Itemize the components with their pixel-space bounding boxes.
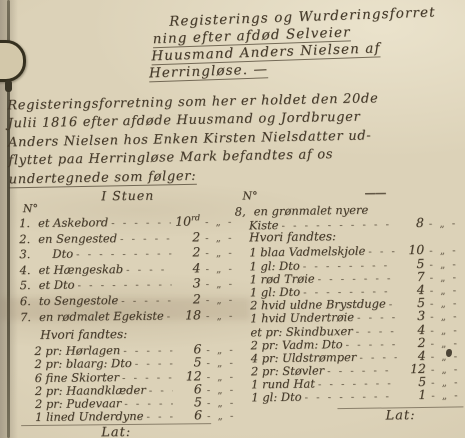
table-row: 4. et Hængeskab - - - - - - - - - - - - …	[19, 260, 237, 278]
left-sub-rows: 2 pr: Hørlagen - - - - - - - - - - - - -…	[20, 341, 239, 422]
right-item8: 8, en grønmalet nyere Kiste - - - - - - …	[235, 201, 461, 231]
right-sub-rows: 1 blaa Vadmelskjole - - - - - - - - - - …	[235, 242, 463, 403]
section-header-stuen: I Stuen	[19, 187, 237, 205]
table-row: 3. Dto - - - - - - - - - - - - - - - - -…	[19, 244, 237, 262]
left-latus-footer: Lat:	[21, 423, 211, 438]
scanned-document-page: Registerings og Wurderingsforret ning ef…	[0, 0, 465, 438]
inventory-column-left: I Stuen N° 1. et Askebord - - - - - - - …	[19, 187, 240, 438]
binding-clasp	[0, 40, 26, 82]
table-row: 1 blaa Vadmelskjole - - - - - - - - - - …	[235, 242, 461, 258]
intro-paragraph: Registeringsforretning som her er holdet…	[7, 89, 463, 190]
document-title: Registerings og Wurderingsforret ning ef…	[147, 4, 461, 83]
table-row: 1. et Askebord - - - - - - - - - - - - -…	[19, 213, 237, 231]
header-dash-mark: ——	[364, 185, 385, 199]
table-row: 2. en Sengested - - - - - - - - - - - - …	[19, 228, 237, 246]
table-row: 2 pr: Hørlagen - - - - - - - - - - - - -…	[20, 341, 238, 356]
left-no-header: N°	[23, 202, 38, 215]
right-no-header: N°	[242, 189, 257, 202]
binding-clasp-nub	[5, 80, 12, 92]
table-row: 5. et Dto - - - - - - - - - - - - - - - …	[20, 275, 238, 293]
table-row: 6. to Sengestole - - - - - - - - - - - -…	[20, 291, 238, 309]
table-row: 7. en rødmalet Egekiste - - - - - - - - …	[20, 306, 238, 324]
right-latus-footer: Lat:	[337, 406, 463, 424]
inventory-column-right: N° —— 8, en grønmalet nyere Kiste - - - …	[234, 182, 463, 425]
left-main-rows: 1. et Askebord - - - - - - - - - - - - -…	[19, 213, 238, 324]
